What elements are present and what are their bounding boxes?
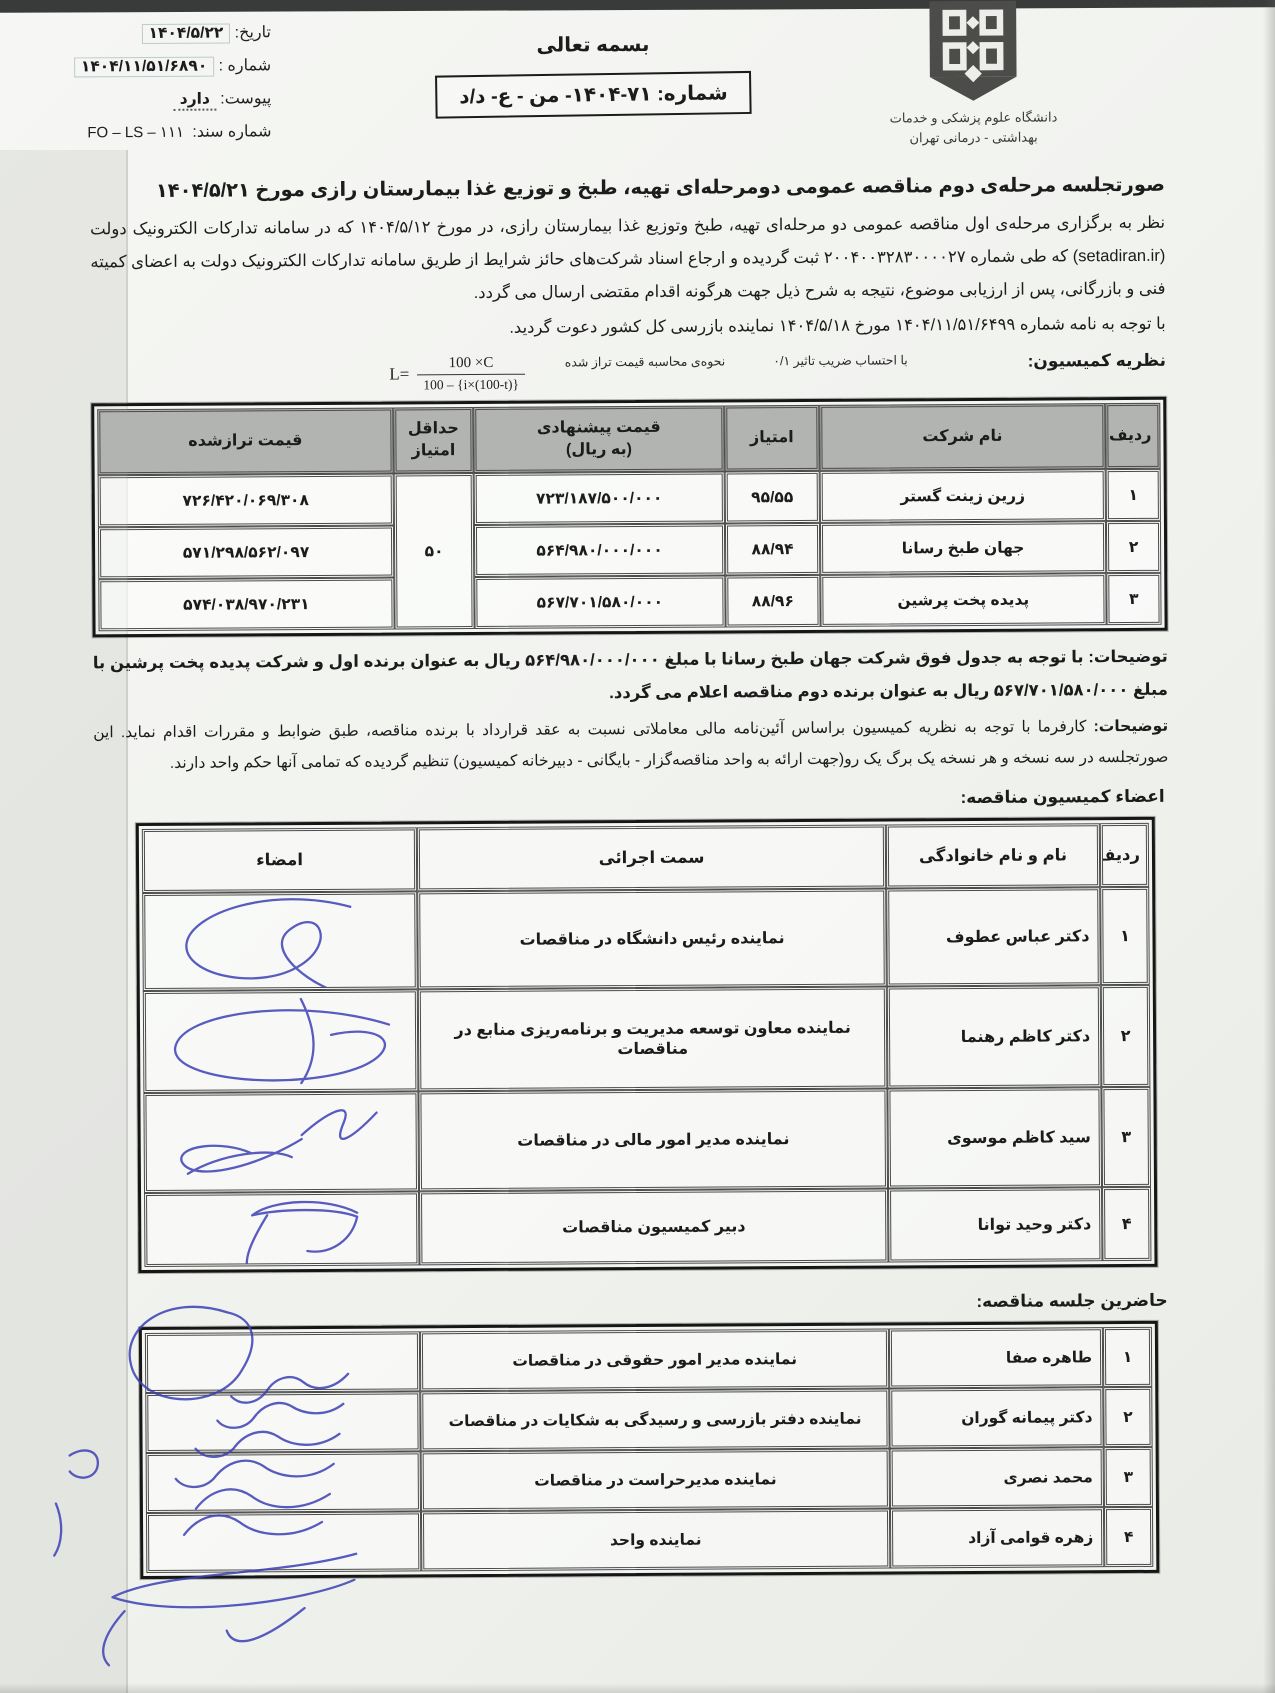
formula-lhs: L= — [389, 364, 409, 384]
proposed-price: ۷۲۳/۱۸۷/۵۰۰/۰۰۰ — [474, 471, 725, 525]
col-header-position: سمت اجرائی — [417, 824, 886, 891]
proposed-price: ۵۶۴/۹۸۰/۰۰۰/۰۰۰ — [474, 523, 725, 577]
formula-numerator: 100 ×C — [417, 355, 525, 376]
signature-cell — [143, 1091, 419, 1193]
member-position: نماینده مدیر امور مالی در مناقصات — [419, 1088, 888, 1191]
letter-number-box: شماره: ۷۱-۱۴۰۴- من - ع- د/د — [435, 71, 752, 119]
row-index: ۴ — [1104, 1507, 1153, 1567]
member-row-2: ۲ دکتر کاظم رهنما نماینده معاون توسعه مد… — [143, 985, 1151, 1093]
attendee-name: طاهره صفا — [889, 1327, 1103, 1388]
winners-note-label: توضیحات: — [1088, 648, 1167, 666]
col-header-adjusted-price: قیمت ترازشده — [97, 407, 393, 475]
score-value: ۸۸/۹۴ — [725, 523, 821, 576]
score-value: ۸۸/۹۶ — [725, 575, 821, 628]
attendee-position: نماینده دفتر بازرسی و رسیدگی به شکایات د… — [420, 1388, 889, 1451]
contract-note-text: کارفرما با توجه به نظریه کمیسیون براساس … — [93, 718, 1168, 772]
price-method-note: نحوه‌ی محاسبه قیمت تراز شده — [565, 353, 726, 369]
row-index: ۳ — [1101, 1087, 1151, 1187]
bid-evaluation-table: ردیف نام شرکت امتیاز قیمت پیشنهادی (به ر… — [97, 403, 1161, 631]
score-value: ۹۵/۵۵ — [724, 471, 820, 524]
attendee-row-3: ۳ محمد نصری نماینده مدیرحراست در مناقصات — [146, 1447, 1153, 1513]
document-content: تاریخ: ۱۴۰۴/۵/۲۲ شماره : ۱۴۰۴/۱۱/۵۱/۶۸۹۰… — [0, 0, 1275, 1693]
min-score-value: ۵۰ — [394, 473, 475, 629]
letterhead-meta: تاریخ: ۱۴۰۴/۵/۲۲ شماره : ۱۴۰۴/۱۱/۵۱/۶۸۹۰… — [21, 22, 272, 156]
document-body: صورتجلسه مرحله‌ی دوم مناقصه عمومی دومرحل… — [90, 173, 1174, 1580]
leveled-price-formula: L= 100 ×C 100 – {i×(100-t)} — [389, 355, 525, 394]
scanned-document-page: تاریخ: ۱۴۰۴/۵/۲۲ شماره : ۱۴۰۴/۱۱/۵۱/۶۸۹۰… — [0, 0, 1275, 1693]
bid-table-frame: ردیف نام شرکت امتیاز قیمت پیشنهادی (به ر… — [91, 397, 1167, 638]
members-heading: اعضاء کمیسیون مناقصه: — [98, 787, 1165, 814]
date-value: ۱۴۰۴/۵/۲۲ — [141, 23, 230, 44]
col-header-signature: امضاء — [142, 827, 418, 893]
col-header-proposed-price-l1: قیمت پیشنهادی — [482, 416, 715, 440]
signature-ink — [150, 994, 411, 1088]
contract-note: توضیحات: کارفرما با توجه به نظریه کمیسیو… — [93, 711, 1168, 780]
signature-ink — [150, 896, 411, 986]
signature-cell — [143, 989, 419, 1093]
attendee-row-2: ۲ دکتر پیمانه گوران نماینده دفتر بازرسی … — [145, 1387, 1152, 1453]
row-index: ۳ — [1106, 573, 1161, 625]
row-index: ۳ — [1104, 1447, 1153, 1507]
university-logo-block: دانشگاه علوم پزشکی و خدمات بهداشتی - درم… — [873, 0, 1074, 149]
signature-cell — [142, 891, 418, 991]
member-position: دبیر کمیسیون مناقصات — [419, 1188, 888, 1265]
signature-ink — [152, 1196, 412, 1262]
col-header-row-index: ردیف — [1100, 823, 1149, 887]
university-name-line2: بهداشتی - درمانی تهران — [874, 127, 1074, 148]
signature-cell — [145, 1391, 421, 1453]
col-header-full-name: نام و نام خانوادگی — [886, 823, 1100, 888]
row-index: ۱ — [1105, 469, 1160, 521]
besmele-text: بسمه تعالی — [373, 31, 813, 59]
attendees-table-frame: ۱ طاهره صفا نماینده مدیر امور حقوقی در م… — [139, 1321, 1160, 1579]
impact-factor-note: با احتساب ضریب تاثیر ۰/۱ — [773, 352, 908, 368]
row-index: ۱ — [1100, 887, 1150, 985]
number-label: شماره : — [219, 57, 272, 74]
winners-note: توضیحات: با توجه به جدول فوق شرکت جهان ط… — [93, 641, 1168, 714]
meta-doc-no-row: شماره سند: FO – LS – ۱۱۱ — [21, 121, 271, 143]
col-header-proposed-price: قیمت پیشنهادی (به ریال) — [473, 405, 724, 473]
row-index: ۲ — [1103, 1387, 1152, 1447]
inspector-invite-paragraph: با توجه به نامه شماره ۱۴۰۴/۱۱/۵۱/۶۴۹۹ مو… — [91, 308, 1166, 348]
bid-table-header-row: ردیف نام شرکت امتیاز قیمت پیشنهادی (به ر… — [97, 403, 1160, 475]
formula-denominator: 100 – {i×(100-t)} — [417, 375, 525, 394]
attendee-name: محمد نصری — [890, 1447, 1104, 1508]
member-name: دکتر کاظم رهنما — [887, 985, 1102, 1088]
member-name: دکتر عباس عطوف — [886, 887, 1101, 986]
bid-row-1: ۱ زرین زینت گستر ۹۵/۵۵ ۷۲۳/۱۸۷/۵۰۰/۰۰۰ ۵… — [98, 469, 1161, 527]
attendee-name: زهره قوامی آزاد — [890, 1507, 1104, 1568]
members-header-row: ردیف نام و نام خانوادگی سمت اجرائی امضاء — [142, 823, 1149, 893]
contract-note-label: توضیحات: — [1094, 718, 1169, 735]
member-position: نماینده رئیس دانشگاه در مناقصات — [417, 888, 886, 989]
attendee-position: نماینده واحد — [421, 1508, 890, 1571]
meta-date-row: تاریخ: ۱۴۰۴/۵/۲۲ — [21, 22, 271, 44]
member-row-4: ۴ دکتر وحید توانا دبیر کمیسیون مناقصات — [144, 1187, 1151, 1267]
formula-fraction: 100 ×C 100 – {i×(100-t)} — [417, 355, 525, 394]
col-header-min-score-l1: حداقل — [402, 418, 464, 441]
row-index: ۲ — [1106, 521, 1161, 573]
company-name: پدیده پخت پرشین — [820, 573, 1106, 627]
row-index: ۲ — [1101, 985, 1151, 1087]
university-logo — [917, 0, 1030, 104]
member-row-1: ۱ دکتر عباس عطوف نماینده رئیس دانشگاه در… — [142, 887, 1150, 991]
attachment-value: دارد — [174, 91, 216, 111]
col-header-row-index: ردیف — [1105, 403, 1161, 469]
university-name-line1: دانشگاه علوم پزشکی و خدمات — [873, 107, 1073, 128]
col-header-company: نام شرکت — [819, 403, 1105, 471]
meta-number-row: شماره : ۱۴۰۴/۱۱/۵۱/۶۸۹۰ — [21, 55, 271, 77]
winners-note-text: با توجه به جدول فوق شرکت جهان طبخ رسانا … — [93, 648, 1168, 702]
bid-row-3: ۳ پدیده پخت پرشین ۸۸/۹۶ ۵۶۷/۷۰۱/۵۸۰/۰۰۰ … — [98, 573, 1161, 631]
adjusted-price: ۵۷۱/۲۹۸/۵۶۲/۰۹۷ — [98, 525, 394, 579]
signature-ink — [151, 1096, 412, 1188]
members-table-frame: ردیف نام و نام خانوادگی سمت اجرائی امضاء… — [136, 817, 1158, 1273]
attendees-table: ۱ طاهره صفا نماینده مدیر امور حقوقی در م… — [145, 1327, 1153, 1573]
row-index: ۴ — [1102, 1187, 1151, 1261]
number-value: ۱۴۰۴/۱۱/۵۱/۶۸۹۰ — [74, 57, 215, 78]
member-name: سید کاظم موسوی — [887, 1087, 1102, 1188]
attendee-row-4: ۴ زهره قوامی آزاد نماینده واحد — [146, 1507, 1153, 1573]
attendee-name: دکتر پیمانه گوران — [889, 1387, 1103, 1448]
adjusted-price: ۷۲۶/۴۲۰/۰۶۹/۳۰۸ — [98, 473, 394, 527]
signature-cell — [144, 1191, 420, 1267]
attendees-heading: حاضرین جلسه مناقصه: — [101, 1291, 1168, 1318]
col-header-min-score-l2: امتیاز — [402, 440, 464, 463]
document-title: صورتجلسه مرحله‌ی دوم مناقصه عمومی دومرحل… — [90, 173, 1165, 204]
date-label: تاریخ: — [235, 24, 271, 41]
adjusted-price: ۵۷۴/۰۳۸/۹۷۰/۲۳۱ — [98, 577, 394, 631]
signature-cell — [145, 1331, 421, 1393]
col-header-score: امتیاز — [724, 405, 820, 472]
row-index: ۱ — [1103, 1327, 1152, 1387]
doc-no-label: شماره سند: — [192, 123, 271, 140]
attendee-row-1: ۱ طاهره صفا نماینده مدیر امور حقوقی در م… — [145, 1327, 1152, 1393]
bid-row-2: ۲ جهان طبخ رسانا ۸۸/۹۴ ۵۶۴/۹۸۰/۰۰۰/۰۰۰ ۵… — [98, 521, 1161, 579]
col-header-min-score: حداقل امتیاز — [393, 407, 474, 473]
attendee-position: نماینده مدیر امور حقوقی در مناقصات — [420, 1328, 889, 1391]
commission-opinion-strip: نظریه کمیسیون: با احتساب ضریب تاثیر ۰/۱ … — [91, 351, 1166, 396]
commission-heading: نظریه کمیسیون: — [1028, 351, 1166, 372]
attendee-position: نماینده مدیرحراست در مناقصات — [421, 1448, 890, 1511]
proposed-price: ۵۶۷/۷۰۱/۵۸۰/۰۰۰ — [474, 575, 725, 629]
intro-paragraph: نظر به برگزاری مرحله‌ی اول مناقصه عمومی … — [90, 207, 1166, 313]
signature-cell — [146, 1451, 422, 1513]
letterhead-center: بسمه تعالی شماره: ۷۱-۱۴۰۴- من - ع- د/د — [373, 31, 814, 118]
attachment-label: پیوست: — [220, 90, 271, 107]
member-name: دکتر وحید توانا — [888, 1187, 1102, 1262]
company-name: زرین زینت گستر — [820, 469, 1106, 523]
meta-attachment-row: پیوست: دارد — [21, 88, 271, 110]
member-row-3: ۳ سید کاظم موسوی نماینده مدیر امور مالی … — [143, 1087, 1151, 1193]
member-position: نماینده معاون توسعه مدیریت و برنامه‌ریزی… — [418, 986, 887, 1091]
col-header-proposed-price-l2: (به ریال) — [483, 439, 716, 463]
signature-cell — [146, 1511, 422, 1573]
doc-no-value: FO – LS – ۱۱۱ — [83, 123, 188, 142]
company-name: جهان طبخ رسانا — [820, 521, 1106, 575]
members-table: ردیف نام و نام خانوادگی سمت اجرائی امضاء… — [142, 823, 1152, 1267]
